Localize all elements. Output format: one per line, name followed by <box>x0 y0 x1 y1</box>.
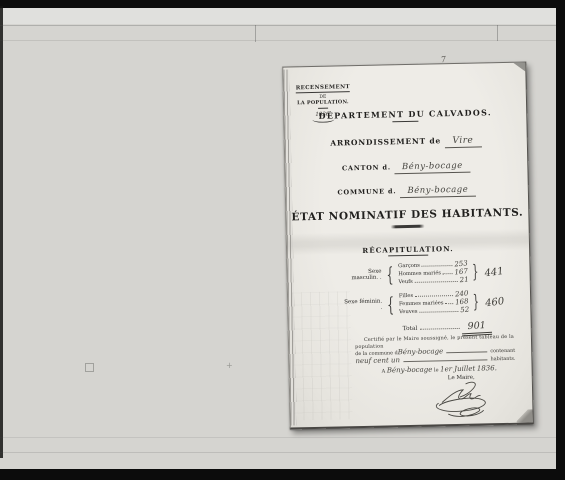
row-label: Hommes mariés <box>398 270 441 278</box>
dotted-leader <box>419 311 457 313</box>
scan-line <box>0 25 556 26</box>
rule-leader <box>403 359 488 362</box>
dotted-leader <box>446 303 454 304</box>
handwritten-commune-name: Bény-bocage <box>398 348 444 356</box>
recap-table: Sexe masculin. . { Garçons 253 Hommes ma… <box>343 260 505 338</box>
arrondissement-label: ARRONDISSEMENT de <box>330 136 441 147</box>
canton-line: CANTON d. Bény-bocage <box>285 159 527 174</box>
top-corner-mark <box>513 63 525 72</box>
date-line: A Bény-bocage le 1er Juillet 1836. <box>382 364 497 374</box>
handwritten-population-count: neuf cent un <box>355 357 400 365</box>
commune-line: COMMUNE d. Bény-bocage <box>286 183 528 198</box>
dotted-leader <box>415 295 453 297</box>
dotted-leader <box>415 281 458 283</box>
recap-group-masculin: Sexe masculin. . { Garçons 253 Hommes ma… <box>343 260 503 287</box>
recap-row: Veufs 21 <box>398 277 468 286</box>
closing-brace-icon: } <box>473 293 480 313</box>
heading-rule <box>392 121 418 123</box>
row-label: Veuves <box>399 309 417 316</box>
film-border-right <box>556 0 565 480</box>
certification-paragraph: Certifié par le Maire soussigné, le prés… <box>355 334 516 366</box>
opening-brace-icon: { <box>386 264 393 284</box>
recap-row: Veuves 52 <box>399 307 469 316</box>
date-text: A <box>382 369 386 375</box>
certification-text: contenant <box>490 348 515 355</box>
scan-line <box>0 40 556 41</box>
scan-artifact: + <box>226 362 233 369</box>
title-ornament-rule <box>391 225 425 229</box>
commune-label: COMMUNE d. <box>337 187 396 196</box>
canton-label: CANTON d. <box>342 163 391 172</box>
scanned-document-viewer: + 7 RECENSEMENT DE LA POPULATION. 1836. … <box>0 0 565 480</box>
stamp-line: LA POPULATION. <box>296 99 350 106</box>
handwritten-subtotal: 441 <box>484 266 504 279</box>
scan-tick-mark <box>255 25 256 42</box>
film-border-bottom <box>0 469 565 480</box>
film-border-left <box>0 6 3 458</box>
row-label: Garçons <box>398 263 420 270</box>
recap-group-feminin: Sexe féminin. . { Filles 240 Femmes mari… <box>344 290 504 317</box>
dotted-leader <box>419 328 459 330</box>
dotted-leader <box>443 273 453 274</box>
handwritten-subtotal: 460 <box>484 296 504 309</box>
row-label: Filles <box>399 293 413 300</box>
group-rows: Garçons 253 Hommes mariés 167 Veufs 21 <box>396 261 470 287</box>
dotted-leader <box>422 265 453 267</box>
heading-rule <box>388 255 428 257</box>
date-text: le <box>434 367 439 373</box>
scan-highlight-band <box>3 8 556 24</box>
group-rows: Filles 240 Femmes mariées 168 Veuves 52 <box>397 291 471 317</box>
handwritten-commune: Bény-bocage <box>399 185 476 199</box>
row-label: Veufs <box>398 279 412 286</box>
handwritten-year: 1836. <box>477 364 497 372</box>
page-corner-fold <box>516 409 532 422</box>
row-label: Femmes mariées <box>399 300 444 308</box>
arrondissement-line: ARRONDISSEMENT de Vire <box>285 134 527 149</box>
scan-line <box>0 452 556 453</box>
handwritten-count: 21 <box>459 276 469 284</box>
scan-tick-mark <box>497 25 498 41</box>
closing-brace-icon: } <box>472 263 479 283</box>
handwritten-arrondissement: Vire <box>444 135 481 148</box>
handwritten-place: Bény-bocage <box>387 366 433 375</box>
total-label: Total <box>403 326 418 332</box>
film-border-top <box>0 0 565 8</box>
handwritten-count: 52 <box>460 306 470 314</box>
stamp-line: RECENSEMENT <box>296 84 350 93</box>
opening-brace-icon: { <box>387 294 394 314</box>
scan-artifact <box>85 363 94 372</box>
census-cover-page: RECENSEMENT DE LA POPULATION. 1836. DÉPA… <box>282 61 534 429</box>
stamp-divider <box>318 108 328 109</box>
group-label: Sexe féminin. . <box>344 299 384 312</box>
handwritten-date: 1er Juillet <box>440 365 475 374</box>
certification-text: habitants. <box>491 356 516 363</box>
rule-leader <box>446 352 487 354</box>
scan-line <box>0 437 556 438</box>
handwritten-canton: Bény-bocage <box>394 161 471 175</box>
page-title: ÉTAT NOMINATIF DES HABITANTS. <box>286 206 528 223</box>
group-label: Sexe masculin. . <box>343 269 383 282</box>
mayor-signature <box>426 379 497 422</box>
